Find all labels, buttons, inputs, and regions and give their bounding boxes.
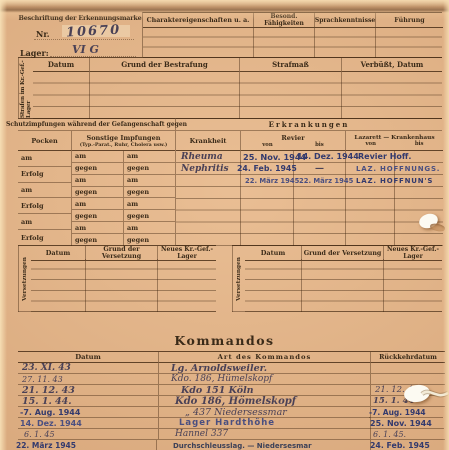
- scan-edge: [0, 0, 7, 450]
- column-divider: [85, 259, 86, 312]
- kom-art: „ 437 Niedersessmar: [159, 407, 371, 418]
- column-divider: [341, 72, 342, 119]
- versetzungen-side-label: Versetzungen: [18, 246, 31, 312]
- cell-gegen: gegen: [124, 187, 175, 199]
- column-divider: [89, 72, 90, 119]
- illness-row: 22. März 1945 22. März 1945 LAZ. HOFFNUN…: [176, 175, 443, 187]
- revier-bis: —: [293, 163, 346, 174]
- illness-row: Rheuma 25. Nov. 1944 14. Dez. 1944 Revie…: [176, 151, 443, 163]
- impfungen-col-pocken: Pocken: [18, 131, 72, 151]
- id-nr-label: Nr.: [36, 29, 50, 39]
- cell-gegen: gegen: [72, 210, 124, 222]
- column-divider: [383, 259, 384, 312]
- strafen-side-label: Strafen im Kr.-Gef.-Lager: [18, 58, 33, 118]
- lazarett-entry: LAZ. HOFFNUN'S: [346, 175, 443, 186]
- impfungen-col-sonstige: Sonstige Impfungen: [87, 134, 161, 142]
- kom-datum: 27. 11. 43: [18, 374, 159, 385]
- strafen-col-datum: Datum: [33, 58, 90, 72]
- id-lager-line: VI G: [50, 45, 136, 57]
- cell-am: am: [72, 198, 124, 210]
- strafen-table: Datum Grund der Bestrafung Strafmaß Verb…: [33, 58, 442, 119]
- kom-art: Hannel 337: [159, 429, 371, 440]
- scanned-pow-card: Beschriftung der Erkennungsmarke Nr. 106…: [0, 0, 449, 450]
- kom-col-rueckkehr: Rückkehrdatum: [371, 352, 445, 363]
- impfungen-pocken-rows: am Erfolg am Erfolg am Erfolg: [18, 151, 72, 246]
- illness-row: Nephritis 24. Feb. 1945 — LAZ. HOFFNUNGS…: [176, 163, 443, 175]
- illness-name: Rheuma: [176, 151, 241, 162]
- cell-gegen: gegen: [124, 163, 175, 175]
- column-divider: [314, 27, 315, 58]
- kom-art: Kdo 151 Köln: [159, 385, 371, 396]
- cell-am: am: [72, 175, 124, 187]
- traits-col3: Sprachkenntnisse: [315, 13, 376, 28]
- cell-gegen: gegen: [72, 163, 124, 175]
- revier-von: 25. Nov. 1944: [243, 151, 295, 162]
- revier-bis: 14. Dez. 1944: [297, 151, 350, 162]
- traits-table: Charaktereigenschaften u. a. Besond. Fäh…: [142, 12, 442, 57]
- lazarett-entry: LAZ. HOFFNUNGS.: [346, 163, 443, 174]
- erk-col-lazarett-group: Lazarett — Krankenhaus von bis: [346, 131, 443, 151]
- id-lager-value: VI G: [72, 43, 99, 56]
- id-nr-value: 10670: [66, 23, 122, 41]
- cell-am: am: [124, 151, 175, 163]
- kom-art: Kdo 186, Hömelskopf: [159, 396, 371, 407]
- erk-sub-von: von: [262, 142, 272, 148]
- traits-col1: Charaktereigenschaften u. a.: [143, 13, 254, 28]
- kom-art: Lager Hardthöhe: [159, 418, 371, 429]
- kom-datum: 23. XI. 43: [18, 363, 159, 374]
- impfungen-col-sonstige-sub: (Typ.-Parat., Ruhr, Cholera usw.): [80, 142, 168, 148]
- cell-am: am: [124, 198, 175, 210]
- kom-art: Lg. Arnoldsweiler.: [159, 363, 371, 374]
- kom-art: Kdo. 186, Hümelskopf: [159, 374, 371, 385]
- kommandos-title: Kommandos: [0, 333, 449, 348]
- kom-datum: -7. Aug. 1944: [18, 407, 159, 418]
- kom-rueckkehr: [371, 363, 445, 374]
- revier-von: 22. März 1945: [245, 175, 297, 186]
- id-section: Beschriftung der Erkennungsmarke Nr. 106…: [18, 9, 142, 57]
- cell-gegen: gegen: [124, 210, 175, 222]
- erk-empty-rows: [176, 187, 443, 246]
- row-label-erfolg: Erfolg: [18, 198, 72, 214]
- vers-empty-rows: [31, 259, 216, 312]
- kom-datum: 21. 12. 43: [18, 385, 159, 396]
- impfungen-section: Schutzimpfungen während der Gefangenscha…: [18, 118, 175, 245]
- kom-datum: 15. 1. 44.: [18, 396, 159, 407]
- traits-col4: Führung: [376, 13, 443, 28]
- cell-am: am: [72, 222, 124, 234]
- kom-rueckkehr: 25. Nov. 1944: [370, 418, 444, 429]
- row-label-am: am: [18, 183, 72, 199]
- impfungen-title: Schutzimpfungen während der Gefangenscha…: [18, 119, 175, 131]
- erk-sub-bis: bis: [415, 141, 424, 147]
- erk-col-revier-group: Revier von bis: [241, 131, 346, 151]
- erk-col-krankheit: Krankheit: [176, 131, 241, 151]
- column-divider: [253, 27, 254, 58]
- cell-gegen: gegen: [72, 187, 124, 199]
- kom-rueckkehr: -7. Aug. 1944: [369, 407, 443, 418]
- kom-col-art: Art des Kommandos: [159, 352, 371, 363]
- impfungen-sonstige-rows: am am gegen gegen am am gegen gegen am a…: [72, 151, 175, 246]
- erkrankungen-title: Erkrankungen: [176, 119, 442, 131]
- impfungen-col-sonstige-group: Sonstige Impfungen (Typ.-Parat., Ruhr, C…: [72, 131, 175, 151]
- revier-von: 24. Feb. 1945: [237, 163, 289, 174]
- strafen-col-verbuesst: Verbüßt, Datum: [342, 58, 442, 72]
- row-label-erfolg: Erfolg: [18, 167, 72, 183]
- erk-body: Rheuma 25. Nov. 1944 14. Dez. 1944 Revie…: [176, 151, 443, 246]
- versetzungen-side-label: Versetzungen: [232, 246, 245, 312]
- kom-rueckkehr: 24. Feb. 1945: [370, 440, 444, 450]
- erk-sub-von: von: [365, 141, 375, 147]
- scan-edge: [0, 0, 449, 7]
- lazarett-entry: Revier Hoff.: [346, 151, 443, 162]
- illness-name: Nephritis: [176, 163, 241, 174]
- traits-empty-rows: [143, 27, 442, 58]
- traits-col2: Besond. Fähigkeiten: [254, 13, 315, 28]
- kom-datum: 6. 1. 45: [18, 429, 159, 440]
- erk-col-revier: Revier: [241, 134, 345, 142]
- id-nr-row: Nr. 10670: [34, 26, 134, 40]
- kommandos-table: Datum Art des Kommandos Rückkehrdatum 23…: [18, 351, 445, 450]
- row-label-am: am: [18, 214, 72, 230]
- cell-am: am: [124, 222, 175, 234]
- versetzungen-left: Versetzungen Datum Grund der Versetzung …: [18, 245, 216, 312]
- kom-rueckkehr: 6. 1. 45.: [371, 429, 445, 440]
- erkrankungen-section: Erkrankungen Krankheit Revier von bis La…: [175, 118, 442, 245]
- column-divider: [157, 259, 158, 312]
- kom-datum: 14. Dez. 1944: [18, 418, 159, 429]
- illness-name: [176, 175, 241, 186]
- row-label-am: am: [18, 151, 72, 167]
- strafen-col-grund: Grund der Bestrafung: [90, 58, 240, 72]
- versetzungen-right: Versetzungen Datum Grund der Versetzung …: [232, 245, 442, 312]
- revier-bis: 22. März 1945: [299, 175, 352, 186]
- strafen-section: Strafen im Kr.-Gef.-Lager Datum Grund de…: [18, 57, 442, 118]
- kom-datum: 22. März 1945: [16, 440, 157, 450]
- cell-am: am: [124, 175, 175, 187]
- column-divider: [301, 259, 302, 312]
- column-divider: [239, 72, 240, 119]
- column-divider: [375, 27, 376, 58]
- row-label-erfolg: Erfolg: [18, 230, 72, 246]
- erk-sub-bis: bis: [315, 142, 324, 148]
- strafen-empty-rows: [33, 72, 442, 119]
- string: [420, 384, 449, 404]
- kom-col-datum: Datum: [18, 352, 159, 363]
- cell-am: am: [72, 151, 124, 163]
- vers-empty-rows: [245, 259, 442, 312]
- strafen-col-strafmass: Strafmaß: [240, 58, 342, 72]
- id-title: Beschriftung der Erkennungsmarke: [18, 9, 142, 22]
- kom-art: Durchschleusslag. — Niedersesmar: [159, 440, 371, 450]
